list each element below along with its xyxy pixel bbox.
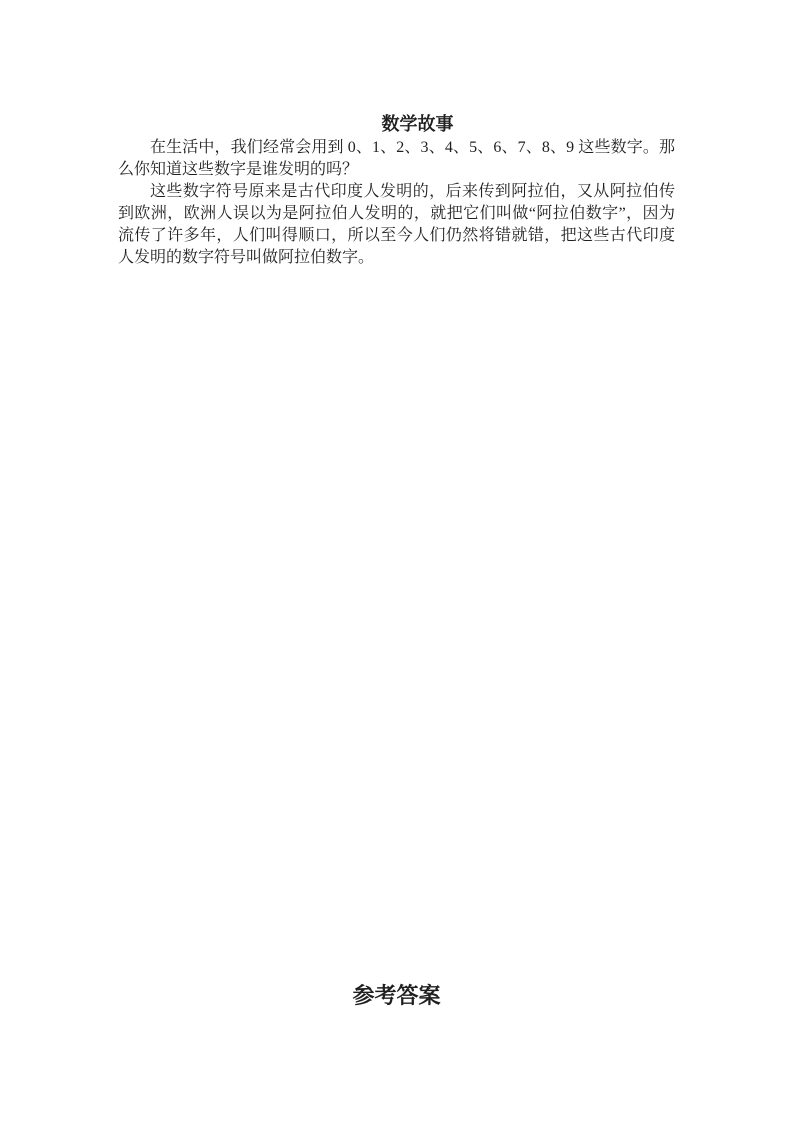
answer-section-heading: 参考答案	[118, 981, 675, 1011]
story-paragraph-2: 这些数字符号原来是古代印度人发明的，后来传到阿拉伯，又从阿拉伯传到欧洲，欧洲人误…	[118, 181, 675, 269]
document-title: 数学故事	[118, 111, 675, 137]
story-paragraph-1: 在生活中，我们经常会用到 0、1、2、3、4、5、6、7、8、9 这些数字。那么…	[118, 137, 675, 181]
document-page: 数学故事 在生活中，我们经常会用到 0、1、2、3、4、5、6、7、8、9 这些…	[0, 0, 793, 1122]
